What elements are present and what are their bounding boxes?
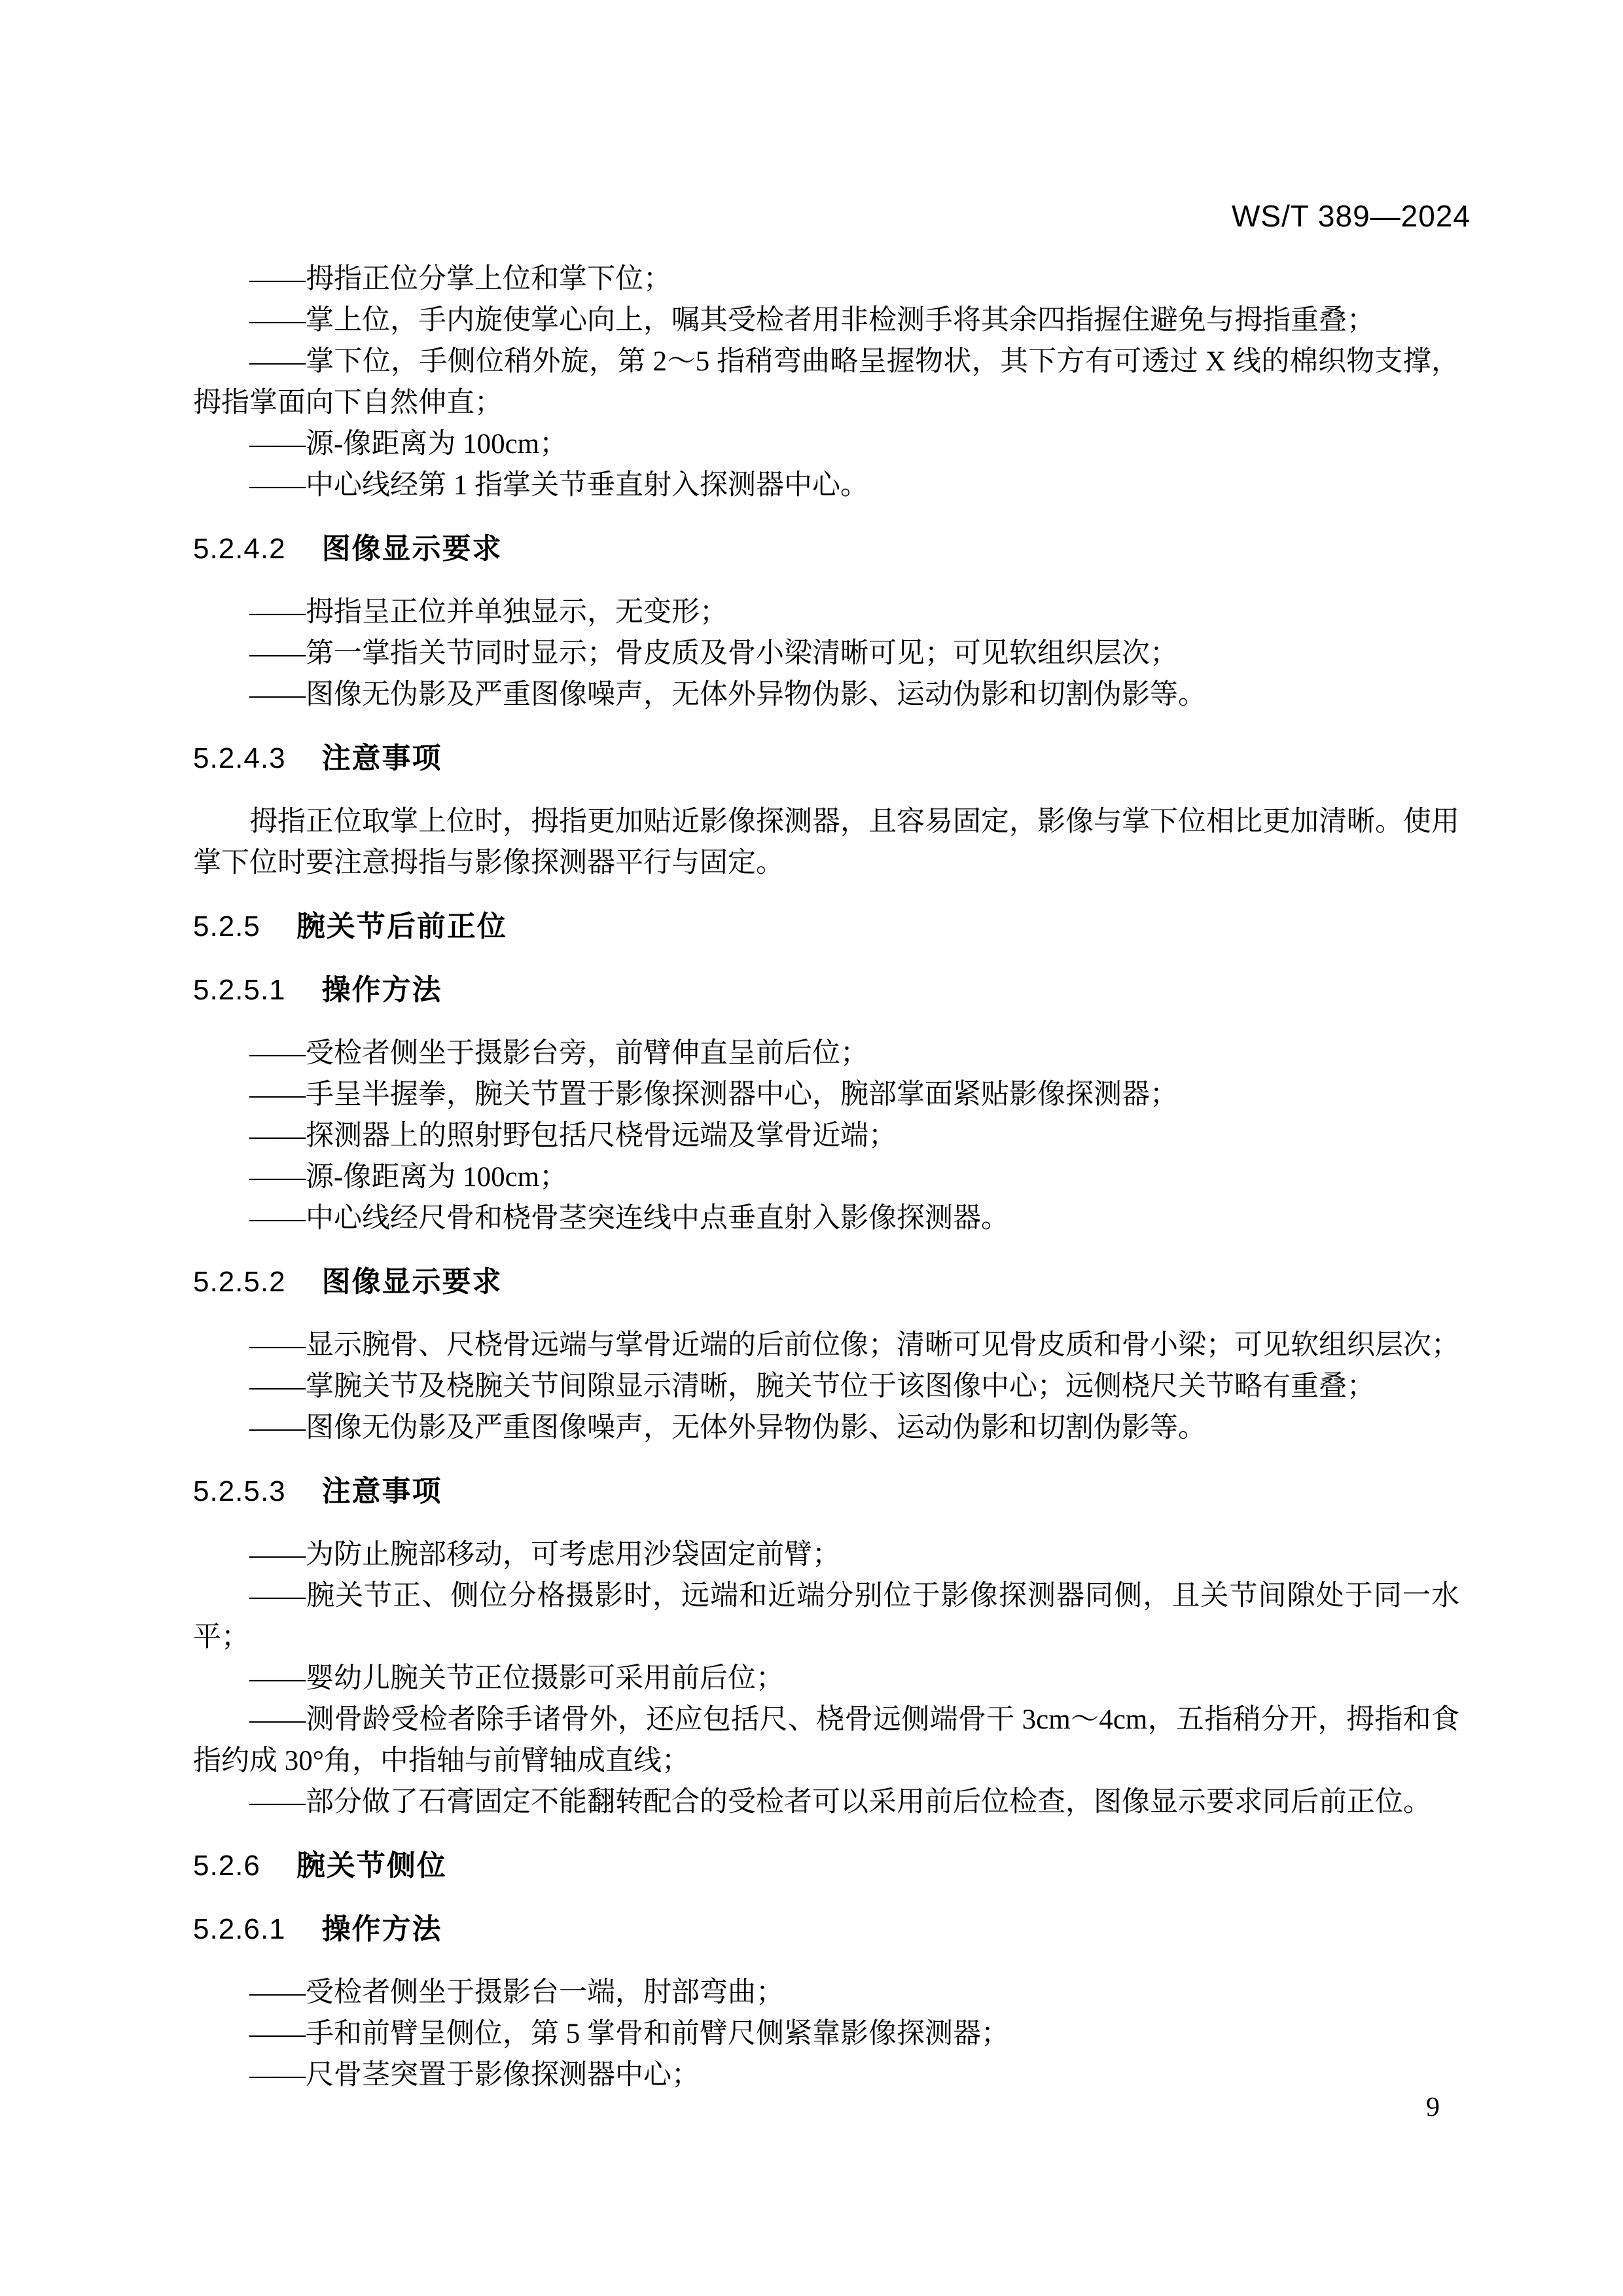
list-item: ——探测器上的照射野包括尺桡骨远端及掌骨近端； [193,1115,1459,1157]
section-heading: 5.2.5 腕关节后前正位 [193,906,1459,947]
document-page: WS/T 389—2024 ——拇指正位分掌上位和掌下位； ——掌上位，手内旋使… [0,0,1623,2296]
section-title: 腕关节后前正位 [296,906,507,947]
section-number: 5.2.5.3 [193,1471,286,1512]
section-title: 注意事项 [322,738,442,779]
section-title: 腕关节侧位 [296,1845,447,1886]
section-title: 图像显示要求 [322,528,503,569]
list-item: ——掌腕关节及桡腕关节间隙显示清晰，腕关节位于该图像中心；远侧桡尺关节略有重叠； [193,1366,1459,1407]
section-number: 5.2.5.2 [193,1261,286,1302]
list-item: ——手呈半握拳，腕关节置于影像探测器中心，腕部掌面紧贴影像探测器； [193,1074,1459,1115]
section-heading: 5.2.4.3 注意事项 [193,738,1459,779]
list-item: ——第一掌指关节同时显示；骨皮质及骨小梁清晰可见；可见软组织层次； [193,633,1459,674]
list-item: ——图像无伪影及严重图像噪声，无体外异物伪影、运动伪影和切割伪影等。 [193,674,1459,715]
section-number: 5.2.5.1 [193,969,286,1011]
page-content: ——拇指正位分掌上位和掌下位； ——掌上位，手内旋使掌心向上，嘱其受检者用非检测… [193,259,1459,2096]
list-item: ——中心线经尺骨和桡骨茎突连线中点垂直射入影像探测器。 [193,1198,1459,1239]
section-number: 5.2.5 [193,906,260,947]
section-title: 操作方法 [322,969,442,1011]
list-item: ——受检者侧坐于摄影台一端，肘部弯曲； [193,1972,1459,2013]
list-item: ——源-像距离为 100cm； [193,423,1459,465]
list-item: ——拇指正位分掌上位和掌下位； [193,259,1459,300]
list-item: ——测骨龄受检者除手诸骨外，还应包括尺、桡骨远侧端骨干 3cm～4cm，五指稍分… [193,1699,1459,1782]
list-item: ——腕关节正、侧位分格摄影时，远端和近端分别位于影像探测器同侧，且关节间隙处于同… [193,1575,1459,1658]
section-heading: 5.2.5.3 注意事项 [193,1471,1459,1512]
section-heading: 5.2.5.2 图像显示要求 [193,1261,1459,1302]
list-item: ——手和前臂呈侧位，第 5 掌骨和前臂尺侧紧靠影像探测器； [193,2013,1459,2054]
section-number: 5.2.4.3 [193,738,286,779]
doc-code: WS/T 389—2024 [1232,198,1471,234]
section-heading: 5.2.6.1 操作方法 [193,1909,1459,1950]
section-title: 操作方法 [322,1909,442,1950]
page-number: 9 [1426,2092,1440,2123]
list-item: ——源-像距离为 100cm； [193,1157,1459,1198]
section-title: 注意事项 [322,1471,442,1512]
list-item: ——婴幼儿腕关节正位摄影可采用前后位； [193,1658,1459,1699]
section-heading: 5.2.5.1 操作方法 [193,969,1459,1011]
list-item: ——尺骨茎突置于影像探测器中心； [193,2054,1459,2096]
section-number: 5.2.4.2 [193,528,286,569]
section-title: 图像显示要求 [322,1261,503,1302]
section-number: 5.2.6 [193,1845,260,1886]
list-item: ——图像无伪影及严重图像噪声，无体外异物伪影、运动伪影和切割伪影等。 [193,1407,1459,1448]
list-item: ——部分做了石膏固定不能翻转配合的受检者可以采用前后位检查，图像显示要求同后前正… [193,1782,1459,1823]
note-paragraph: 拇指正位取掌上位时，拇指更加贴近影像探测器，且容易固定，影像与掌下位相比更加清晰… [193,801,1459,884]
list-item: ——拇指呈正位并单独显示，无变形； [193,592,1459,633]
section-heading: 5.2.6 腕关节侧位 [193,1845,1459,1886]
list-item: ——受检者侧坐于摄影台旁，前臂伸直呈前后位； [193,1033,1459,1074]
list-item: ——掌下位，手侧位稍外旋，第 2～5 指稍弯曲略呈握物状，其下方有可透过 X 线… [193,341,1459,423]
list-item: ——中心线经第 1 指掌关节垂直射入探测器中心。 [193,465,1459,506]
section-heading: 5.2.4.2 图像显示要求 [193,528,1459,569]
list-item: ——为防止腕部移动，可考虑用沙袋固定前臂； [193,1534,1459,1575]
list-item: ——显示腕骨、尺桡骨远端与掌骨近端的后前位像；清晰可见骨皮质和骨小梁；可见软组织… [193,1325,1459,1366]
list-item: ——掌上位，手内旋使掌心向上，嘱其受检者用非检测手将其余四指握住避免与拇指重叠； [193,300,1459,341]
section-number: 5.2.6.1 [193,1909,286,1950]
